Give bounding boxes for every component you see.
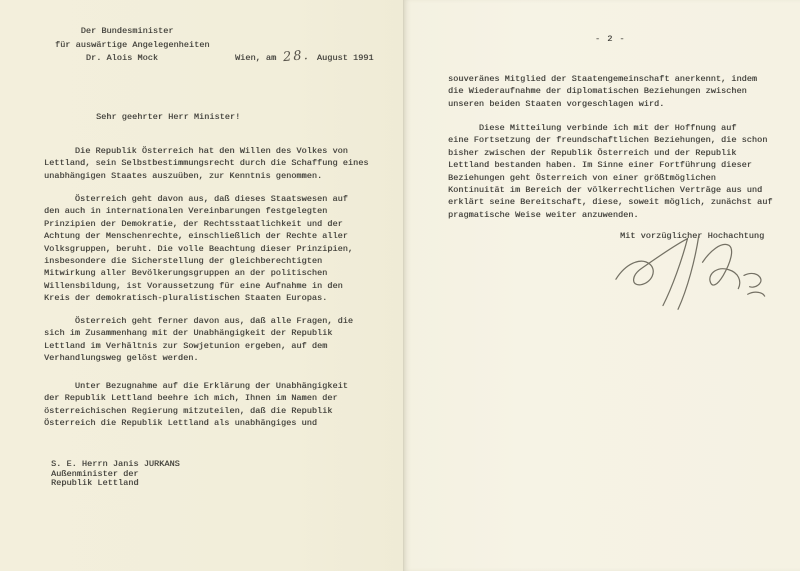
date-line: Wien, am 28. August 1991 bbox=[235, 49, 374, 64]
handwritten-day: 28. bbox=[283, 48, 311, 65]
letter-page-1: Der Bundesminister für auswärtige Angele… bbox=[0, 0, 404, 571]
salutation: Sehr geehrter Herr Minister! bbox=[96, 111, 240, 123]
signature-scrawl bbox=[610, 234, 780, 314]
letter-page-2: - 2 - souveränes Mitglied der Staatengem… bbox=[404, 0, 800, 571]
recipient-block: S. E. Herrn Janis JURKANS Außenminister … bbox=[51, 460, 180, 489]
paragraph-2: Österreich geht davon aus, daß dieses St… bbox=[44, 193, 353, 305]
paragraph-5: souveränes Mitglied der Staatengemeinsch… bbox=[448, 73, 757, 110]
page-number: - 2 - bbox=[595, 33, 626, 45]
paragraph-6: Diese Mitteilung verbinde ich mit der Ho… bbox=[448, 122, 773, 221]
paragraph-4: Unter Bezugnahme auf die Erklärung der U… bbox=[44, 380, 348, 430]
paragraph-3: Österreich geht ferner davon aus, daß al… bbox=[44, 315, 353, 365]
date-suffix: August 1991 bbox=[317, 52, 374, 64]
date-prefix: Wien, am bbox=[235, 52, 276, 64]
sender-block: Der Bundesminister für auswärtige Angele… bbox=[55, 25, 210, 66]
paragraph-1: Die Republik Österreich hat den Willen d… bbox=[44, 145, 369, 182]
